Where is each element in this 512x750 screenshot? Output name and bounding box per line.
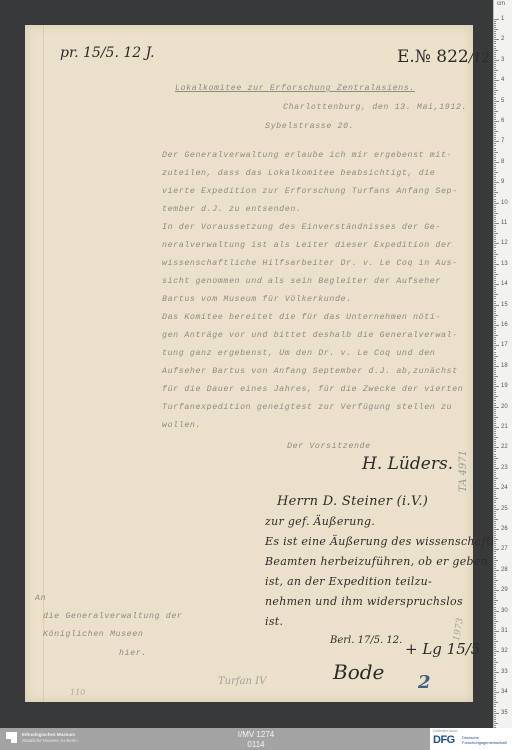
ruler-minor-tick: [494, 519, 498, 520]
ruler-minor-tick: [494, 588, 496, 589]
ruler-minor-tick: [494, 686, 496, 687]
ruler-minor-tick: [494, 441, 496, 442]
ruler-minor-tick: [494, 247, 496, 248]
letter-body: Der Generalverwaltung erlaube ich mir er…: [162, 147, 482, 435]
signature-bode: Bode: [333, 660, 384, 684]
ruler-minor-tick: [494, 621, 498, 622]
ruler-minor-tick: [494, 715, 496, 716]
ruler-minor-tick: [494, 623, 496, 624]
ruler-minor-tick: [494, 558, 496, 559]
ruler-minor-tick: [494, 201, 496, 202]
ruler-minor-tick: [494, 33, 496, 34]
ruler-minor-tick: [494, 676, 496, 677]
ruler-minor-tick: [494, 288, 496, 289]
ruler-minor-tick: [494, 476, 496, 477]
ruler-minor-tick: [494, 260, 496, 261]
ruler-minor-tick: [494, 331, 496, 332]
ruler-minor-tick: [494, 564, 496, 565]
ruler-minor-tick: [494, 180, 496, 181]
ruler-minor-tick: [494, 135, 496, 136]
ruler-minor-tick: [494, 215, 496, 216]
ruler-tick: [494, 101, 499, 102]
ruler-minor-tick: [494, 435, 496, 436]
ruler-tick: [494, 713, 499, 714]
ruler-minor-tick: [494, 484, 496, 485]
ruler-minor-tick: [494, 719, 496, 720]
ruler-minor-tick: [494, 419, 496, 420]
ruler-minor-tick: [494, 137, 496, 138]
ruler-tick: [494, 305, 499, 306]
ruler-minor-tick: [494, 417, 498, 418]
ruler-minor-tick: [494, 725, 496, 726]
ruler-minor-tick: [494, 568, 496, 569]
ruler-minor-tick: [494, 521, 496, 522]
ruler-tick: [494, 407, 499, 408]
ruler-minor-tick: [494, 113, 496, 114]
dfg-funder-box: Gefördert durch DFG Deutsche Forschungsg…: [430, 728, 512, 750]
ruler-minor-tick: [494, 321, 496, 322]
initial-mark: + Lg 15/5: [405, 640, 480, 658]
ruler-minor-tick: [494, 117, 496, 118]
ruler-tick: [494, 427, 499, 428]
ruler-minor-tick: [494, 370, 496, 371]
ruler-label: 25: [501, 506, 508, 512]
ruler-label: 9: [501, 179, 504, 185]
addressee-line: Königlichen Museen: [43, 630, 143, 639]
ruler-minor-tick: [494, 694, 496, 695]
ruler-minor-tick: [494, 704, 496, 705]
ruler-tick: [494, 141, 499, 142]
ruler-minor-tick: [494, 99, 496, 100]
ruler-minor-tick: [494, 723, 498, 724]
ruler-minor-tick: [494, 721, 496, 722]
ruler-tick: [494, 203, 499, 204]
ruler-minor-tick: [494, 194, 496, 195]
ruler-tick: [494, 60, 499, 61]
ruler-minor-tick: [494, 66, 496, 67]
ruler-minor-tick: [494, 445, 496, 446]
ruler-label: 3: [501, 57, 504, 63]
ruler-minor-tick: [494, 609, 496, 610]
ruler-tick: [494, 488, 499, 489]
ruler-minor-tick: [494, 478, 498, 479]
ruler-label: 29: [501, 587, 508, 593]
ruler-minor-tick: [494, 307, 496, 308]
ruler-tick: [494, 345, 499, 346]
ruler-minor-tick: [494, 584, 496, 585]
ruler-minor-tick: [494, 152, 498, 153]
ruler-minor-tick: [494, 209, 496, 210]
ruler-minor-tick: [494, 207, 496, 208]
ruler-minor-tick: [494, 349, 496, 350]
ruler-minor-tick: [494, 602, 496, 603]
note-line: ist.: [265, 612, 480, 632]
street-address: Sybelstrasse 20.: [265, 122, 354, 131]
ruler-minor-tick: [494, 172, 498, 173]
ruler-minor-tick: [494, 74, 496, 75]
ruler-label: 24: [501, 485, 508, 491]
ruler-minor-tick: [494, 700, 496, 701]
ruler-minor-tick: [494, 358, 496, 359]
ruler-minor-tick: [494, 592, 496, 593]
ruler-minor-tick: [494, 680, 496, 681]
ruler-minor-tick: [494, 372, 496, 373]
ruler-tick: [494, 325, 499, 326]
pencil-turfan-note: Turfan IV: [218, 676, 266, 687]
ruler-minor-tick: [494, 309, 496, 310]
ruler-minor-tick: [494, 629, 496, 630]
ruler-minor-tick: [494, 460, 496, 461]
ruler-label: 14: [501, 281, 508, 287]
ruler-minor-tick: [494, 649, 496, 650]
ruler-unit: cm: [497, 1, 505, 7]
ruler-label: 18: [501, 363, 508, 369]
ruler-minor-tick: [494, 335, 498, 336]
ruler-minor-tick: [494, 290, 496, 291]
ruler-minor-tick: [494, 415, 496, 416]
ruler-minor-tick: [494, 56, 496, 57]
ruler-minor-tick: [494, 166, 496, 167]
ruler-minor-tick: [494, 272, 496, 273]
ruler-minor-tick: [494, 327, 496, 328]
ruler-minor-tick: [494, 186, 496, 187]
note-date: Berl. 17/5. 12.: [330, 635, 402, 646]
ruler-minor-tick: [494, 400, 496, 401]
ruler-minor-tick: [494, 298, 496, 299]
ruler-minor-tick: [494, 456, 496, 457]
ruler-minor-tick: [494, 382, 496, 383]
note-line: zur gef. Äußerung.: [265, 512, 480, 532]
ruler-tick: [494, 39, 499, 40]
ruler-minor-tick: [494, 411, 496, 412]
ruler-minor-tick: [494, 315, 498, 316]
ruler-minor-tick: [494, 398, 496, 399]
ruler-minor-tick: [494, 329, 496, 330]
ruler-minor-tick: [494, 72, 496, 73]
ruler-minor-tick: [494, 545, 496, 546]
ruler-minor-tick: [494, 678, 496, 679]
ruler-minor-tick: [494, 531, 496, 532]
ruler-minor-tick: [494, 604, 496, 605]
ruler-minor-tick: [494, 97, 496, 98]
ruler-minor-tick: [494, 168, 496, 169]
ruler-tick: [494, 19, 499, 20]
ruler-minor-tick: [494, 562, 496, 563]
ruler-minor-tick: [494, 645, 496, 646]
ruler-minor-tick: [494, 539, 498, 540]
ruler-label: 7: [501, 138, 504, 144]
ruler-tick: [494, 651, 499, 652]
ruler-minor-tick: [494, 205, 496, 206]
body-line: für die Dauer eines Jahres, für die Zwec…: [162, 381, 482, 399]
ruler-minor-tick: [494, 262, 496, 263]
ruler-minor-tick: [494, 388, 496, 389]
addressee-line: An: [35, 594, 46, 603]
ruler-minor-tick: [494, 572, 496, 573]
ruler-minor-tick: [494, 160, 496, 161]
note-line: Beamten herbeizuführen, ob er geben.: [265, 552, 480, 572]
ruler-minor-tick: [494, 500, 496, 501]
ruler-minor-tick: [494, 696, 496, 697]
ruler-minor-tick: [494, 384, 496, 385]
ruler-minor-tick: [494, 527, 496, 528]
ruler-minor-tick: [494, 492, 496, 493]
ruler-label: 12: [501, 240, 508, 246]
ruler-minor-tick: [494, 635, 496, 636]
ruler-minor-tick: [494, 119, 496, 120]
ruler-minor-tick: [494, 347, 496, 348]
ruler-minor-tick: [494, 221, 496, 222]
ruler-label: 8: [501, 159, 504, 165]
ruler-minor-tick: [494, 619, 496, 620]
ruler-minor-tick: [494, 653, 496, 654]
ruler-minor-tick: [494, 256, 496, 257]
ruler-minor-tick: [494, 105, 496, 106]
ruler-minor-tick: [494, 41, 496, 42]
ruler-minor-tick: [494, 431, 496, 432]
ruler-tick: [494, 243, 499, 244]
ruler-minor-tick: [494, 58, 496, 59]
ruler-minor-tick: [494, 21, 496, 22]
body-line: Aufseher Bartus von Anfang September d.J…: [162, 363, 482, 381]
ruler-label: 26: [501, 526, 508, 532]
note-line: Es ist eine Äußerung des wissenschaftl.: [265, 532, 480, 552]
ruler-minor-tick: [494, 413, 496, 414]
ruler-minor-tick: [494, 403, 496, 404]
ruler-minor-tick: [494, 617, 496, 618]
ruler-minor-tick: [494, 29, 498, 30]
body-line: Das Komitee bereitet die für das Unterne…: [162, 309, 482, 327]
body-line: tember d.J. zu entsenden.: [162, 201, 482, 219]
ruler-minor-tick: [494, 409, 496, 410]
ruler-minor-tick: [494, 496, 496, 497]
ruler-minor-tick: [494, 323, 496, 324]
ruler-tick: [494, 611, 499, 612]
ruler-minor-tick: [494, 311, 496, 312]
ruler-minor-tick: [494, 600, 498, 601]
ruler-minor-tick: [494, 158, 496, 159]
ruler-minor-tick: [494, 84, 496, 85]
ruler-minor-tick: [494, 647, 496, 648]
ruler-tick: [494, 549, 499, 550]
ruler-minor-tick: [494, 268, 496, 269]
ruler-minor-tick: [494, 449, 496, 450]
ruler-minor-tick: [494, 188, 496, 189]
ruler-minor-tick: [494, 178, 496, 179]
ruler-minor-tick: [494, 88, 496, 89]
ruler-minor-tick: [494, 474, 496, 475]
ruler-minor-tick: [494, 35, 496, 36]
ruler-minor-tick: [494, 364, 496, 365]
ruler-minor-tick: [494, 613, 496, 614]
body-line: Der Generalverwaltung erlaube ich mir er…: [162, 147, 482, 165]
ruler-minor-tick: [494, 211, 496, 212]
ruler-minor-tick: [494, 94, 496, 95]
ruler-minor-tick: [494, 574, 496, 575]
note-line: ist, an der Expedition teilzu-: [265, 572, 480, 592]
ruler-minor-tick: [494, 374, 496, 375]
ruler-tick: [494, 590, 499, 591]
ruler-minor-tick: [494, 639, 496, 640]
ruler-minor-tick: [494, 225, 496, 226]
ruler-label: 33: [501, 669, 508, 675]
body-line: zuteilen, dass das Lokalkomitee beabsich…: [162, 165, 482, 183]
ruler-minor-tick: [494, 541, 496, 542]
ruler-label: 11: [501, 220, 507, 226]
ruler-minor-tick: [494, 662, 498, 663]
ruler-tick: [494, 672, 499, 673]
ruler-minor-tick: [494, 133, 496, 134]
ruler-minor-tick: [494, 109, 496, 110]
ruler-minor-tick: [494, 156, 496, 157]
ruler-minor-tick: [494, 37, 496, 38]
ruler-minor-tick: [494, 266, 496, 267]
ruler-minor-tick: [494, 64, 496, 65]
ruler-minor-tick: [494, 219, 496, 220]
note-line: nehmen und ihm widerspruchslos: [265, 592, 480, 612]
ruler-tick: [494, 284, 499, 285]
ruler-minor-tick: [494, 123, 496, 124]
ruler-minor-tick: [494, 339, 496, 340]
ruler-minor-tick: [494, 582, 496, 583]
ruler-minor-tick: [494, 702, 498, 703]
ruler-minor-tick: [494, 547, 496, 548]
addressee-line: hier.: [119, 649, 147, 658]
ruler-minor-tick: [494, 313, 496, 314]
ruler-minor-tick: [494, 258, 496, 259]
ruler-minor-tick: [494, 594, 496, 595]
blue-pencil-mark: 2: [418, 672, 431, 693]
body-line: wollen.: [162, 417, 482, 435]
ruler-minor-tick: [494, 439, 496, 440]
journal-number: E.№ 822/12: [397, 47, 490, 67]
ruler-label: 16: [501, 322, 508, 328]
ruler-label: 20: [501, 404, 508, 410]
ruler-minor-tick: [494, 278, 496, 279]
ruler-minor-tick: [494, 213, 498, 214]
ruler-minor-tick: [494, 674, 496, 675]
ruler-minor-tick: [494, 148, 496, 149]
ruler-minor-tick: [494, 280, 496, 281]
ruler-minor-tick: [494, 486, 496, 487]
ruler-minor-tick: [494, 392, 496, 393]
ruler-minor-tick: [494, 660, 496, 661]
ruler-minor-tick: [494, 292, 496, 293]
ruler-minor-tick: [494, 711, 496, 712]
ruler-tick: [494, 631, 499, 632]
ruler-minor-tick: [494, 352, 496, 353]
ruler-label: 15: [501, 302, 508, 308]
ruler-minor-tick: [494, 378, 496, 379]
ruler-tick: [494, 447, 499, 448]
closing-title: Der Vorsitzende: [287, 442, 371, 451]
ruler-minor-tick: [494, 92, 496, 93]
ruler-minor-tick: [494, 551, 496, 552]
ruler-minor-tick: [494, 566, 496, 567]
journal-number-main: E.№ 822: [397, 47, 469, 67]
ruler-minor-tick: [494, 535, 496, 536]
ruler-label: 32: [501, 648, 508, 654]
ruler-minor-tick: [494, 709, 496, 710]
body-line: sicht genommen und als sein Begleiter de…: [162, 273, 482, 291]
ruler-minor-tick: [494, 50, 498, 51]
ruler-tick: [494, 121, 499, 122]
ruler-minor-tick: [494, 498, 498, 499]
ruler-minor-tick: [494, 254, 498, 255]
ruler-minor-tick: [494, 505, 496, 506]
ruler-minor-tick: [494, 717, 496, 718]
ruler-minor-tick: [494, 596, 496, 597]
ruler-minor-tick: [494, 190, 496, 191]
ruler-minor-tick: [494, 664, 496, 665]
ruler-minor-tick: [494, 239, 496, 240]
ruler-minor-tick: [494, 511, 496, 512]
ruler-tick: [494, 509, 499, 510]
ruler-minor-tick: [494, 227, 496, 228]
ruler-minor-tick: [494, 192, 498, 193]
ruler-label: 2: [501, 36, 504, 42]
ruler-minor-tick: [494, 668, 496, 669]
ruler-minor-tick: [494, 319, 496, 320]
ruler-minor-tick: [494, 46, 496, 47]
ruler-minor-tick: [494, 433, 496, 434]
ruler-minor-tick: [494, 145, 496, 146]
ruler-minor-tick: [494, 394, 496, 395]
ruler-minor-tick: [494, 641, 498, 642]
ruler-tick: [494, 570, 499, 571]
ruler-minor-tick: [494, 470, 496, 471]
ruler-minor-tick: [494, 580, 498, 581]
ruler-minor-tick: [494, 217, 496, 218]
ruler-minor-tick: [494, 482, 496, 483]
ruler-minor-tick: [494, 354, 496, 355]
body-line: gen Anträge vor und bittet deshalb die G…: [162, 327, 482, 345]
ruler-minor-tick: [494, 666, 496, 667]
ruler-minor-tick: [494, 176, 496, 177]
funder-name-2: Forschungsgemeinschaft: [462, 740, 507, 745]
ruler-minor-tick: [494, 576, 496, 577]
ruler-minor-tick: [494, 517, 496, 518]
ruler-minor-tick: [494, 560, 498, 561]
ruler-minor-tick: [494, 31, 496, 32]
body-line: wissenschaftliche Hilfsarbeiter Dr. v. L…: [162, 255, 482, 273]
ruler-minor-tick: [494, 129, 496, 130]
ruler-minor-tick: [494, 170, 496, 171]
ruler-minor-tick: [494, 82, 496, 83]
ruler-minor-tick: [494, 376, 498, 377]
addressee-line: die Generalverwaltung der: [43, 612, 182, 621]
ruler-label: 34: [501, 689, 508, 695]
received-stamp-handwritten: pr. 15/5. 12 J.: [60, 45, 155, 61]
ruler-minor-tick: [494, 233, 498, 234]
ruler-tick: [494, 386, 499, 387]
ruler-label: 13: [501, 261, 508, 267]
ruler-minor-tick: [494, 68, 496, 69]
ruler-label: 30: [501, 608, 508, 614]
ruler-minor-tick: [494, 62, 496, 63]
ruler-minor-tick: [494, 462, 496, 463]
ruler-minor-tick: [494, 43, 496, 44]
ruler-minor-tick: [494, 586, 496, 587]
ruler-minor-tick: [494, 368, 496, 369]
ruler-minor-tick: [494, 343, 496, 344]
ruler-minor-tick: [494, 333, 496, 334]
ruler-minor-tick: [494, 23, 496, 24]
ruler-minor-tick: [494, 706, 496, 707]
ruler-minor-tick: [494, 274, 498, 275]
ruler-minor-tick: [494, 317, 496, 318]
ruler-minor-tick: [494, 682, 498, 683]
